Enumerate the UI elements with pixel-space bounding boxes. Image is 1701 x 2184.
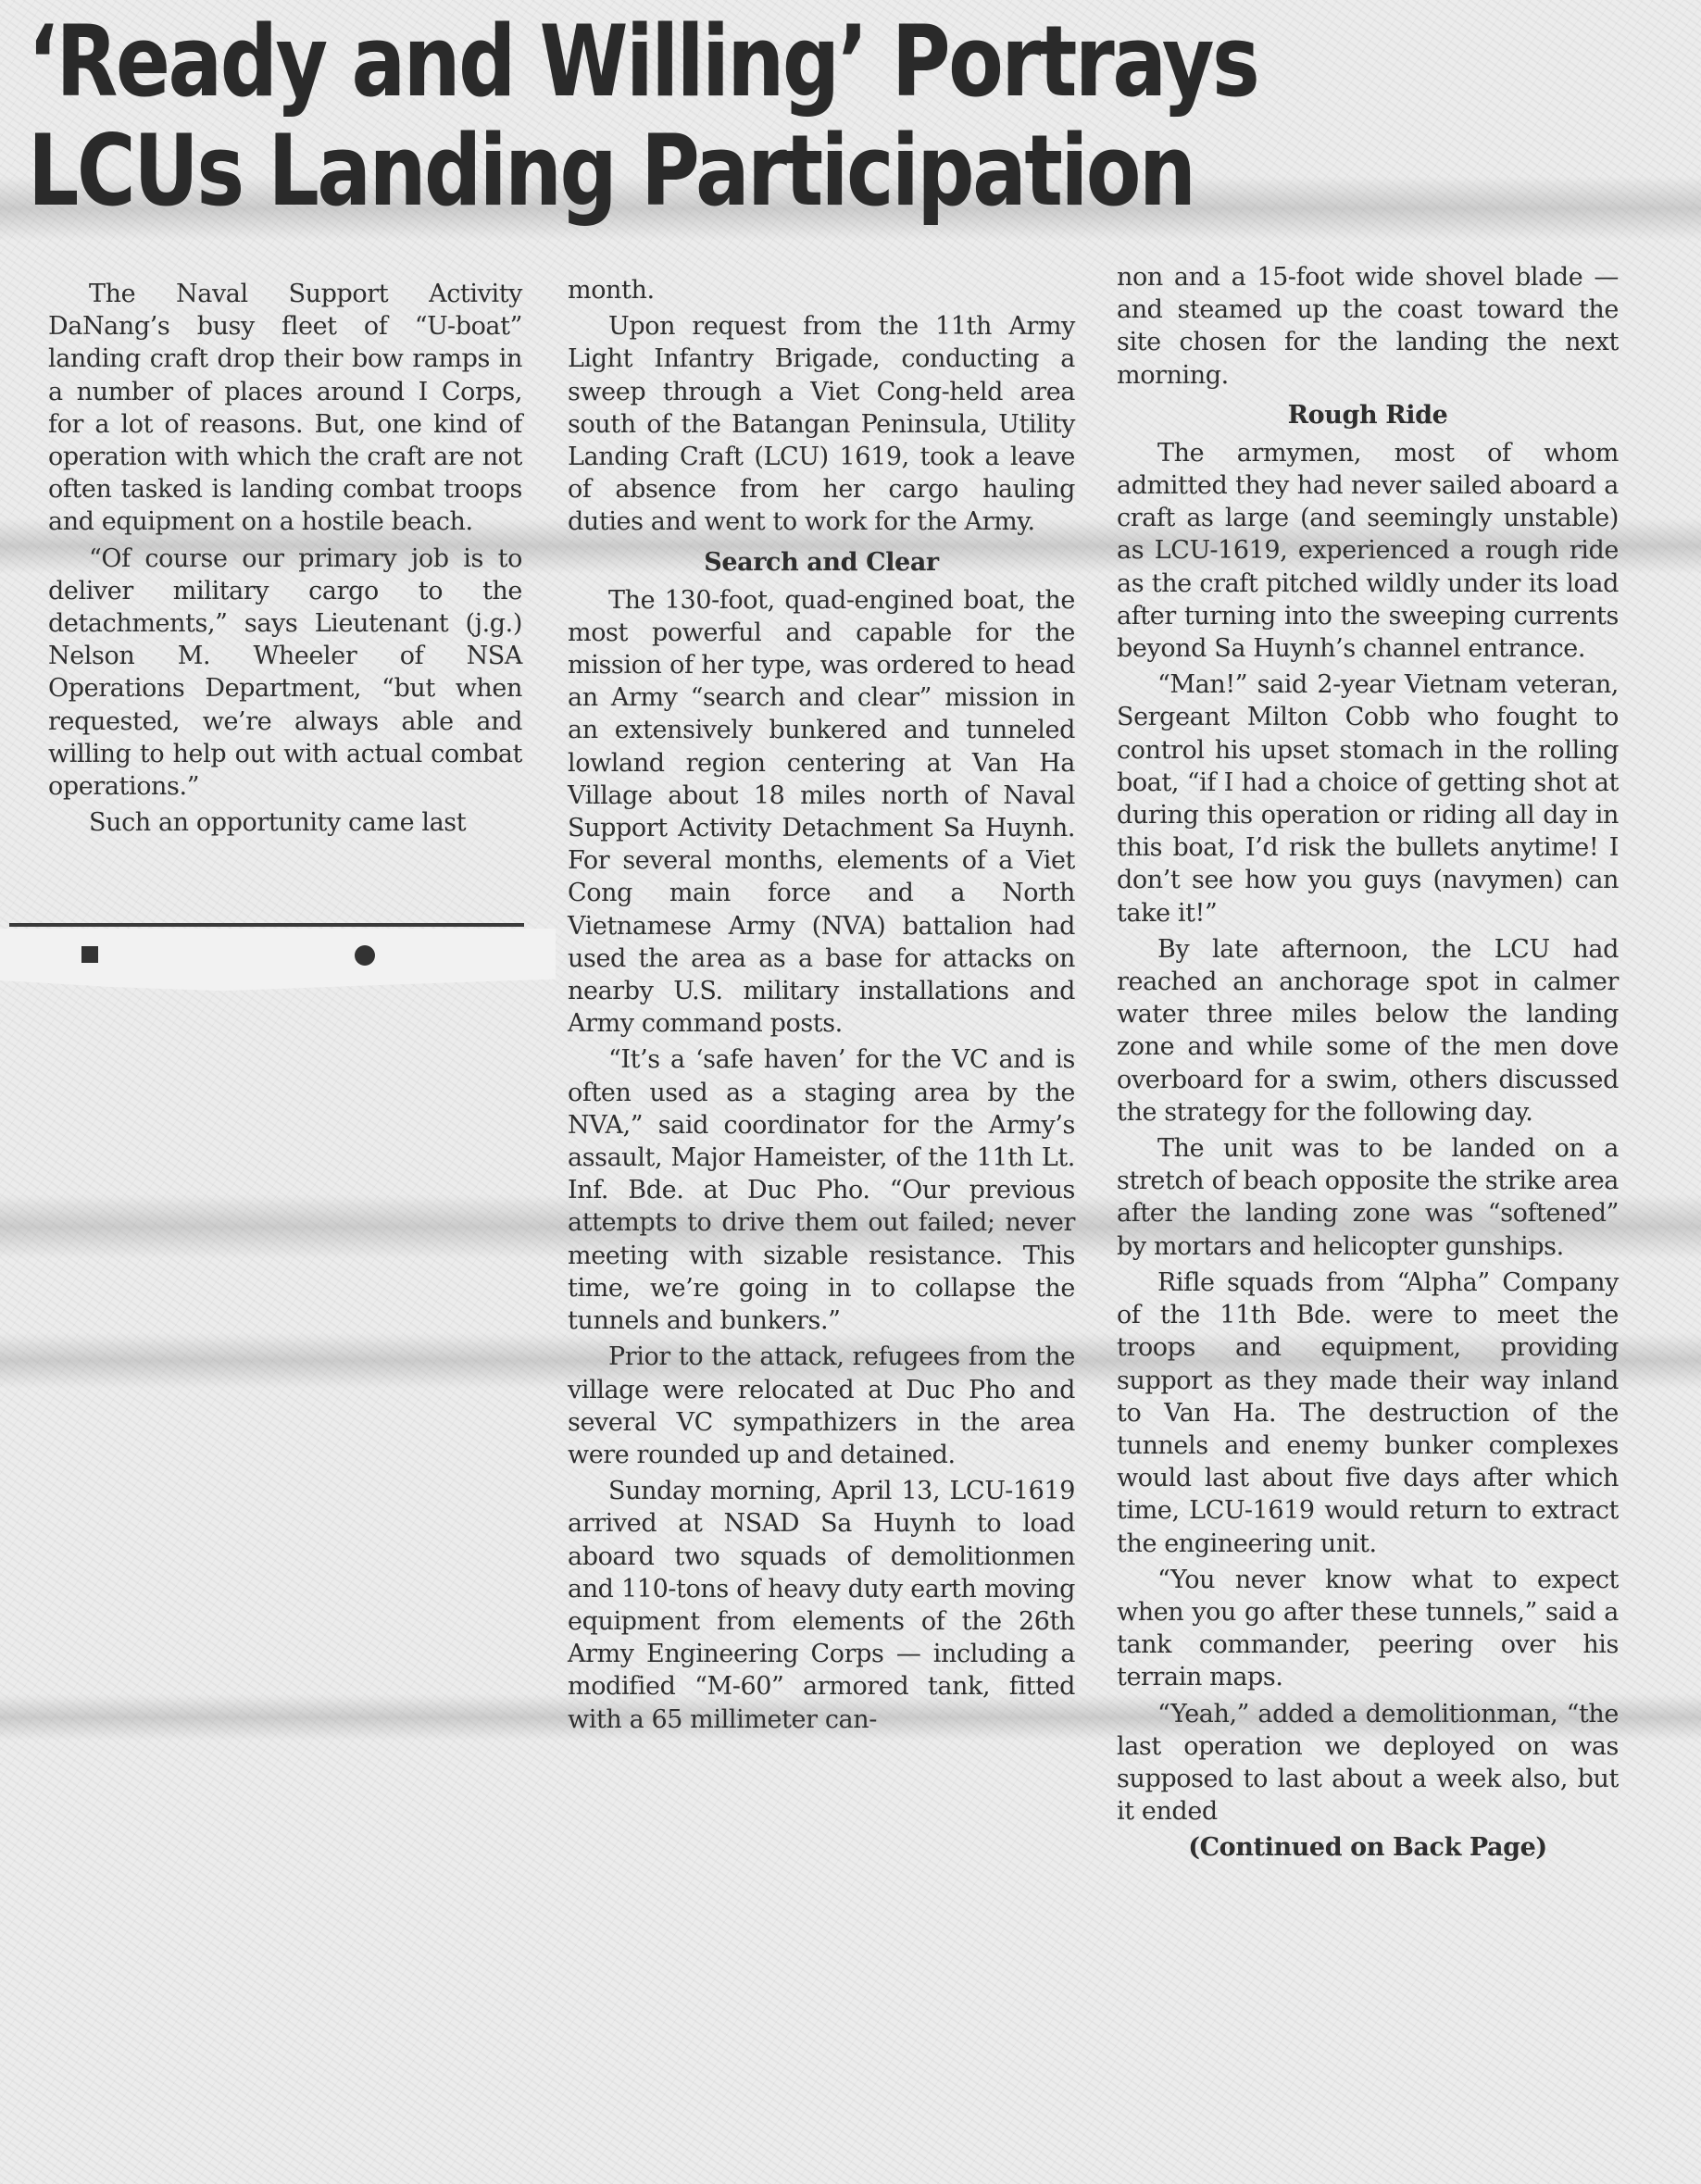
column-divider-rule (9, 923, 524, 927)
headline-line-1: ‘Ready and Willing’ Portrays (28, 7, 1380, 117)
article-column-2: month. Upon request from the 11th Army L… (568, 274, 1075, 1740)
paragraph: “It’s a ‘safe haven’ for the VC and is o… (568, 1043, 1075, 1337)
article-headline: ‘Ready and Willing’ Portrays LCUs Landin… (28, 7, 1380, 226)
paragraph: Prior to the attack, refugees from the v… (568, 1341, 1075, 1471)
paragraph: The Naval Support Activity DaNang’s busy… (48, 278, 522, 539)
paragraph: The 130-foot, quad-engined boat, the mos… (568, 584, 1075, 1041)
paragraph: Sunday morning, April 13, LCU-1619 arriv… (568, 1475, 1075, 1736)
paragraph: The unit was to be landed on a stretch o… (1117, 1132, 1619, 1263)
headline-line-2: LCUs Landing Participation (28, 117, 1380, 226)
paragraph: non and a 15-foot wide shovel blade — an… (1117, 261, 1619, 392)
paragraph: The armymen, most of whom admitted they … (1117, 437, 1619, 665)
dot-marker-icon (355, 945, 375, 966)
continued-notice: (Continued on Back Page) (1117, 1831, 1619, 1864)
paragraph: Rifle squads from “Alpha” Company of the… (1117, 1267, 1619, 1560)
square-marker-icon (81, 946, 98, 963)
paragraph: month. (568, 274, 1075, 306)
paragraph: “You never know what to expect when you … (1117, 1564, 1619, 1694)
article-column-1: The Naval Support Activity DaNang’s busy… (48, 278, 522, 842)
subheading-rough-ride: Rough Ride (1117, 399, 1619, 431)
paragraph: Upon request from the 11th Army Light In… (568, 310, 1075, 538)
paragraph: “Man!” said 2-year Vietnam veteran, Serg… (1117, 668, 1619, 930)
paragraph: “Of course our primary job is to deliver… (48, 543, 522, 804)
article-column-3: non and a 15-foot wide shovel blade — an… (1117, 261, 1619, 1868)
paragraph: By late afternoon, the LCU had reached a… (1117, 933, 1619, 1129)
subheading-search-and-clear: Search and Clear (568, 546, 1075, 579)
paragraph: Such an opportunity came last (48, 806, 522, 839)
paragraph: “Yeah,” added a demolitionman, “the last… (1117, 1698, 1619, 1828)
